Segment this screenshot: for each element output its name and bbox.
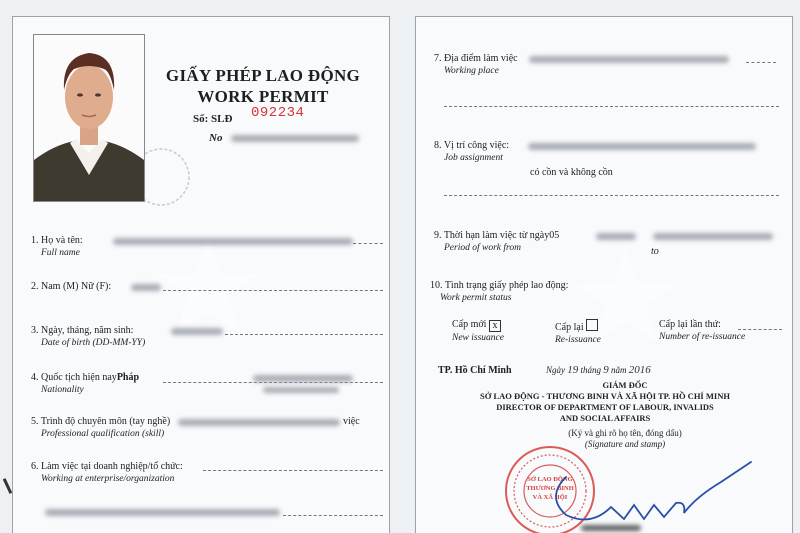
dotted-line bbox=[283, 515, 383, 516]
title-vietnamese: GIẤY PHÉP LAO ĐỘNG bbox=[143, 65, 383, 86]
redacted-period-from bbox=[596, 233, 636, 240]
field-label-en: Full name bbox=[31, 247, 83, 259]
number-label: Số: SLĐ bbox=[193, 113, 232, 125]
checkbox-mark-icon: x bbox=[492, 320, 497, 331]
status-label-vi: Cấp lại bbox=[555, 322, 584, 333]
field-permit-status: 10. Tình trạng giấy phép lao động: Work … bbox=[430, 280, 568, 304]
field-label-vi: 5. Trình độ chuyên môn (tay nghề) bbox=[31, 416, 170, 427]
field-gender: 2. Nam (M) Nữ (F): bbox=[31, 281, 111, 293]
watermark-star-icon bbox=[153, 232, 263, 342]
status-new-issuance: Cấp mới x New issuance bbox=[452, 319, 504, 344]
status-label-en: Number of re-issuance bbox=[659, 331, 745, 343]
qualification-suffix: việc bbox=[343, 416, 360, 428]
issuer-title: GIÁM ĐỐC bbox=[416, 380, 793, 391]
signature-instruction-en: (Signature and stamp) bbox=[416, 439, 793, 450]
date-day: 19 bbox=[567, 364, 578, 376]
redacted-permit-number bbox=[231, 135, 359, 142]
status-reissuance-count: Cấp lại lần thứ: Number of re-issuance bbox=[659, 319, 745, 343]
field-label-en: Work permit status bbox=[430, 292, 568, 304]
status-label-vi: Cấp lại lần thứ: bbox=[659, 319, 721, 330]
dotted-line bbox=[225, 334, 383, 335]
field-label-vi: 8. Vị trí công việc: bbox=[434, 140, 509, 151]
redacted-period-to bbox=[653, 233, 773, 240]
redacted-date-of-birth bbox=[171, 328, 223, 335]
dotted-line bbox=[163, 382, 383, 383]
field-label-vi: 3. Ngày, tháng, năm sinh: bbox=[31, 325, 133, 336]
date-year-label: năm bbox=[611, 365, 627, 375]
page-title: GIẤY PHÉP LAO ĐỘNG WORK PERMIT bbox=[143, 65, 383, 107]
field-label-vi: 9. Thời hạn làm việc từ ngày bbox=[434, 230, 549, 241]
redacted-full-name bbox=[113, 238, 353, 245]
date-year: 2016 bbox=[629, 364, 651, 376]
title-english: WORK PERMIT bbox=[143, 86, 383, 107]
period-from-value: 05 bbox=[549, 230, 559, 241]
work-permit-right-page: 7. Địa điểm làm việc Working place 8. Vị… bbox=[415, 16, 793, 533]
no-label: No bbox=[209, 132, 222, 144]
field-label-vi: 1. Họ và tên: bbox=[31, 235, 83, 246]
issuer-block: GIÁM ĐỐC SỞ LAO ĐỘNG - THƯƠNG BINH VÀ XÃ… bbox=[416, 380, 793, 450]
field-job-assignment: 8. Vị trí công việc: Job assignment bbox=[434, 140, 509, 164]
field-label-vi: 7. Địa điểm làm việc bbox=[434, 53, 518, 64]
dotted-line bbox=[738, 329, 782, 330]
field-working-place: 7. Địa điểm làm việc Working place bbox=[434, 53, 518, 77]
dotted-line bbox=[746, 62, 776, 63]
field-label-en: Period of work from bbox=[434, 242, 559, 254]
period-to-label: to bbox=[651, 246, 659, 258]
field-date-of-birth: 3. Ngày, tháng, năm sinh: Date of birth … bbox=[31, 325, 145, 349]
date-month: 9 bbox=[603, 364, 609, 376]
dotted-line bbox=[353, 243, 383, 244]
field-full-name: 1. Họ và tên: Full name bbox=[31, 235, 83, 259]
field-nationality: 4. Quốc tịch hiện nayPháp Nationality bbox=[31, 372, 139, 396]
redacted-working-place bbox=[529, 56, 729, 63]
re-issuance-checkbox[interactable] bbox=[586, 319, 598, 331]
signer-name bbox=[581, 525, 641, 531]
field-qualification: 5. Trình độ chuyên môn (tay nghề) Profes… bbox=[31, 416, 170, 440]
new-issuance-checkbox[interactable]: x bbox=[489, 320, 501, 332]
field-label-en: Working at enterprise/organization bbox=[31, 473, 183, 485]
signature-scribble bbox=[536, 457, 766, 533]
field-label-en: Professional qualification (skill) bbox=[31, 428, 170, 440]
status-re-issuance: Cấp lại Re-issuance bbox=[555, 319, 601, 346]
field-label-vi: 10. Tình trạng giấy phép lao động: bbox=[430, 280, 568, 291]
field-label-en: Date of birth (DD-MM-YY) bbox=[31, 337, 145, 349]
field-label-en: Nationality bbox=[31, 384, 139, 396]
field-label-vi: 6. Làm việc tại doanh nghiệp/tổ chức: bbox=[31, 461, 183, 472]
issue-place: TP. Hồ Chí Minh bbox=[438, 365, 512, 377]
date-day-label: Ngày bbox=[546, 365, 565, 375]
work-permit-left-page: GIẤY PHÉP LAO ĐỘNG WORK PERMIT Số: SLĐ 0… bbox=[12, 16, 390, 533]
nationality-value: Pháp bbox=[117, 372, 139, 383]
status-label-vi: Cấp mới bbox=[452, 319, 486, 330]
field-label-en: Working place bbox=[434, 65, 518, 77]
staple-mark bbox=[3, 478, 12, 494]
serial-number: 092234 bbox=[251, 105, 304, 121]
redacted-enterprise bbox=[45, 509, 280, 516]
dotted-line bbox=[203, 470, 383, 471]
issuer-dept-vi: SỞ LAO ĐỘNG - THƯƠNG BINH VÀ XÃ HỘI TP. … bbox=[416, 391, 793, 402]
redacted-gender bbox=[131, 284, 161, 291]
field-period-of-work: 9. Thời hạn làm việc từ ngày05 Period of… bbox=[434, 230, 559, 254]
field-label-vi: 4. Quốc tịch hiện nay bbox=[31, 372, 117, 383]
issuer-dept-en-2: AND SOCIAL AFFAIRS bbox=[416, 413, 793, 424]
redacted-qualification bbox=[178, 419, 340, 426]
redacted-passport-2 bbox=[263, 387, 339, 393]
issuer-dept-en-1: DIRECTOR OF DEPARTMENT OF LABOUR, INVALI… bbox=[416, 402, 793, 413]
signature-instruction-vi: (Ký và ghi rõ họ tên, đóng dấu) bbox=[416, 428, 793, 439]
date-month-label: tháng bbox=[581, 365, 602, 375]
dotted-line bbox=[163, 290, 383, 291]
status-label-en: New issuance bbox=[452, 332, 504, 344]
field-enterprise: 6. Làm việc tại doanh nghiệp/tổ chức: Wo… bbox=[31, 461, 183, 485]
holder-photo bbox=[33, 34, 145, 202]
dotted-line bbox=[444, 195, 779, 196]
field-label-en: Job assignment bbox=[434, 152, 509, 164]
redacted-job-assignment bbox=[528, 143, 756, 150]
job-assignment-extra: có cồn và không cồn bbox=[530, 167, 613, 179]
redacted-passport bbox=[253, 375, 353, 382]
field-label-vi: 2. Nam (M) Nữ (F): bbox=[31, 281, 111, 292]
dotted-line bbox=[444, 106, 779, 107]
issue-date: Ngày 19 tháng 9 năm 2016 bbox=[546, 364, 651, 376]
status-label-en: Re-issuance bbox=[555, 334, 601, 346]
